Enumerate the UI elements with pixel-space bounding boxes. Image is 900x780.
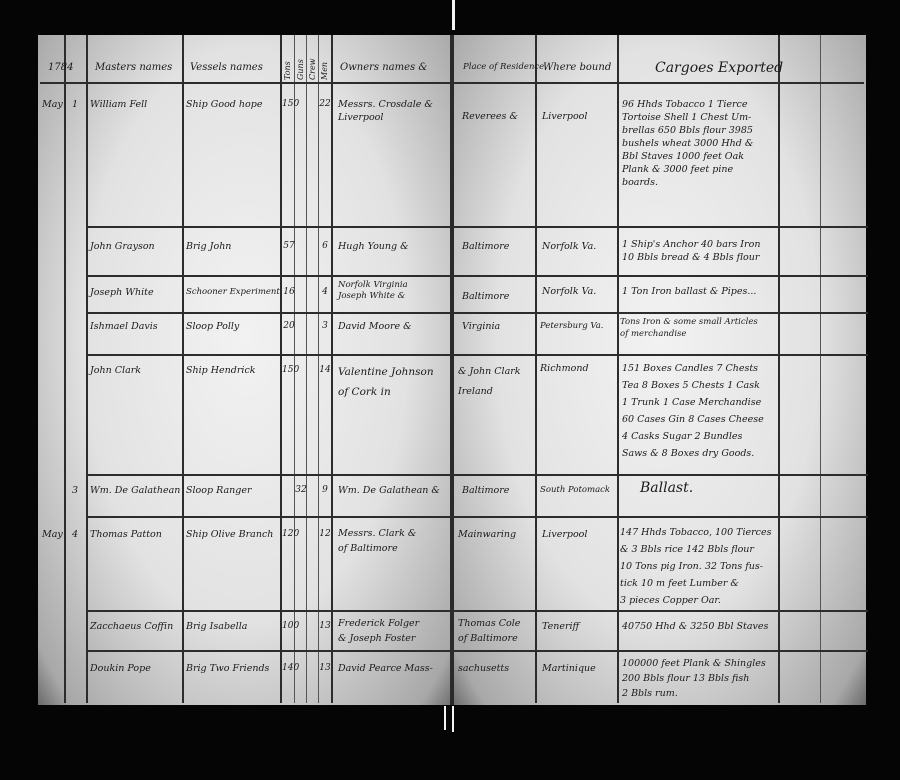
entry-owners: Hugh Young & — [338, 240, 409, 253]
rule-residence — [535, 35, 537, 703]
entry-master: Wm. De Galathean — [90, 484, 180, 497]
entry-day: 3 — [72, 484, 78, 497]
entry-master: Thomas Patton — [90, 528, 162, 541]
entry-crew: 6 — [318, 240, 332, 253]
header-men: Men — [320, 62, 329, 80]
entry-crew: 13 — [318, 662, 332, 675]
entry-where-bound: Martinique — [542, 662, 596, 675]
entry-owners: Messrs. Crosdale & Liverpool — [338, 98, 433, 124]
entry-where-bound: Liverpool — [542, 110, 587, 123]
entry-cargo: Tons Iron & some small Articles of merch… — [620, 316, 758, 340]
entry-month: May — [42, 528, 63, 541]
entry-cargo: 100000 feet Plank & Shingles 200 Bbls fl… — [622, 656, 766, 701]
entry-vessel: Brig Isabella — [186, 620, 247, 633]
entry-residence: & John Clark Ireland — [458, 362, 521, 402]
entry-residence: Reverees & — [462, 110, 518, 123]
entry-where-bound: South Potomack — [540, 484, 610, 497]
header-cargoes-exported: Cargoes Exported — [655, 60, 783, 76]
entry-vessel: Sloop Polly — [186, 320, 239, 333]
entry-where-bound: Richmond — [540, 362, 589, 375]
entry-master: Zacchaeus Coffin — [90, 620, 173, 633]
entry-tons: 150 — [282, 364, 296, 377]
entry-tons: 32 — [294, 484, 308, 497]
entry-tons: 150 — [282, 98, 296, 111]
row-rule — [88, 354, 868, 356]
entry-residence: Baltimore — [462, 290, 509, 303]
entry-cargo: 40750 Hhd & 3250 Bbl Staves — [622, 620, 768, 633]
entry-month: May — [42, 98, 63, 111]
rule-month — [64, 35, 66, 703]
rule-margin — [820, 35, 821, 703]
entry-crew: 4 — [318, 286, 332, 299]
rule-guns — [306, 35, 307, 703]
entry-residence: Baltimore — [462, 484, 509, 497]
entry-owners: David Pearce Mass- — [338, 662, 433, 675]
entry-tons: 57 — [282, 240, 296, 253]
entry-owners: Wm. De Galathean & — [338, 484, 440, 497]
entry-owners: Valentine Johnson of Cork in — [338, 362, 434, 402]
entry-where-bound: Liverpool — [542, 528, 587, 541]
row-rule — [88, 275, 868, 277]
header-rule-left — [40, 82, 452, 84]
entry-master: Joseph White — [90, 286, 154, 299]
entry-cargo: 151 Boxes Candles 7 Chests Tea 8 Boxes 5… — [622, 360, 764, 462]
row-rule — [88, 650, 868, 652]
entry-vessel: Sloop Ranger — [186, 484, 251, 497]
header-tons: Tons — [283, 61, 292, 80]
entry-master: John Clark — [90, 364, 141, 377]
film-mark-bottom-1 — [444, 706, 446, 730]
entry-master: Ishmael Davis — [90, 320, 158, 333]
entry-where-bound: Norfolk Va. — [542, 285, 596, 298]
entry-vessel: Brig John — [186, 240, 231, 253]
entry-where-bound: Petersburg Va. — [540, 320, 604, 333]
entry-where-bound: Teneriff — [542, 620, 579, 633]
entry-vessel: Ship Olive Branch — [186, 528, 273, 541]
entry-crew: 13 — [318, 620, 332, 633]
entry-owners: Norfolk Virginia Joseph White & — [338, 280, 408, 302]
entry-vessel: Brig Two Friends — [186, 662, 269, 675]
row-rule — [88, 516, 868, 518]
header-guns: Guns — [296, 59, 305, 80]
entry-tons: 20 — [282, 320, 296, 333]
entry-residence: Thomas Cole of Baltimore — [458, 616, 520, 646]
page-gutter — [450, 35, 454, 705]
entry-master: John Grayson — [90, 240, 155, 253]
film-mark-bottom-2 — [452, 706, 454, 732]
entry-vessel: Ship Good hope — [186, 98, 262, 111]
entry-day: 1 — [72, 98, 78, 111]
entry-owners: Messrs. Clark & of Baltimore — [338, 526, 416, 556]
entry-cargo: Ballast. — [640, 482, 693, 495]
row-rule — [88, 610, 868, 612]
entry-cargo: 1 Ship's Anchor 40 bars Iron 10 Bbls bre… — [622, 238, 760, 264]
entry-where-bound: Norfolk Va. — [542, 240, 596, 253]
entry-crew: 22 — [318, 98, 332, 111]
rule-bound — [617, 35, 619, 703]
entry-vessel: Schooner Experiment — [186, 286, 280, 299]
entry-owners: David Moore & — [338, 320, 412, 333]
entry-crew: 9 — [318, 484, 332, 497]
rule-cargo — [778, 35, 780, 703]
header-vessels-names: Vessels names — [190, 62, 263, 73]
header-crew: Crew — [308, 58, 317, 80]
entry-cargo: 147 Hhds Tobacco, 100 Tierces & 3 Bbls r… — [620, 524, 772, 609]
entry-crew: 14 — [318, 364, 332, 377]
entry-tons: 100 — [282, 620, 296, 633]
row-rule — [88, 226, 868, 228]
entry-tons: 16 — [282, 286, 296, 299]
entry-cargo: 96 Hhds Tobacco 1 Tierce Tortoise Shell … — [622, 98, 753, 189]
entry-cargo: 1 Ton Iron ballast & Pipes... — [622, 285, 756, 298]
entry-residence: sachusetts — [458, 662, 509, 675]
header-masters-names: Masters names — [95, 62, 172, 73]
entry-residence: Mainwaring — [458, 528, 516, 541]
film-mark-top — [452, 0, 455, 30]
rule-day — [86, 35, 88, 703]
entry-day: 4 — [72, 528, 78, 541]
header-owners-names: Owners names & — [340, 62, 427, 73]
entry-crew: 12 — [318, 528, 332, 541]
entry-crew: 3 — [318, 320, 332, 333]
entry-tons: 140 — [282, 662, 296, 675]
entry-residence: Virginia — [462, 320, 500, 333]
header-place-of-residence: Place of Residence — [463, 62, 544, 72]
row-rule — [88, 474, 868, 476]
rule-master — [182, 35, 184, 703]
entry-master: William Fell — [90, 98, 147, 111]
header-rule-right — [454, 82, 864, 84]
entry-vessel: Ship Hendrick — [186, 364, 256, 377]
entry-tons: 120 — [282, 528, 296, 541]
header-year: 1784 — [48, 62, 73, 73]
entry-residence: Baltimore — [462, 240, 509, 253]
header-where-bound: Where bound — [543, 62, 611, 73]
entry-owners: Frederick Folger & Joseph Foster — [338, 616, 419, 646]
entry-master: Doukin Pope — [90, 662, 151, 675]
row-rule — [88, 312, 868, 314]
